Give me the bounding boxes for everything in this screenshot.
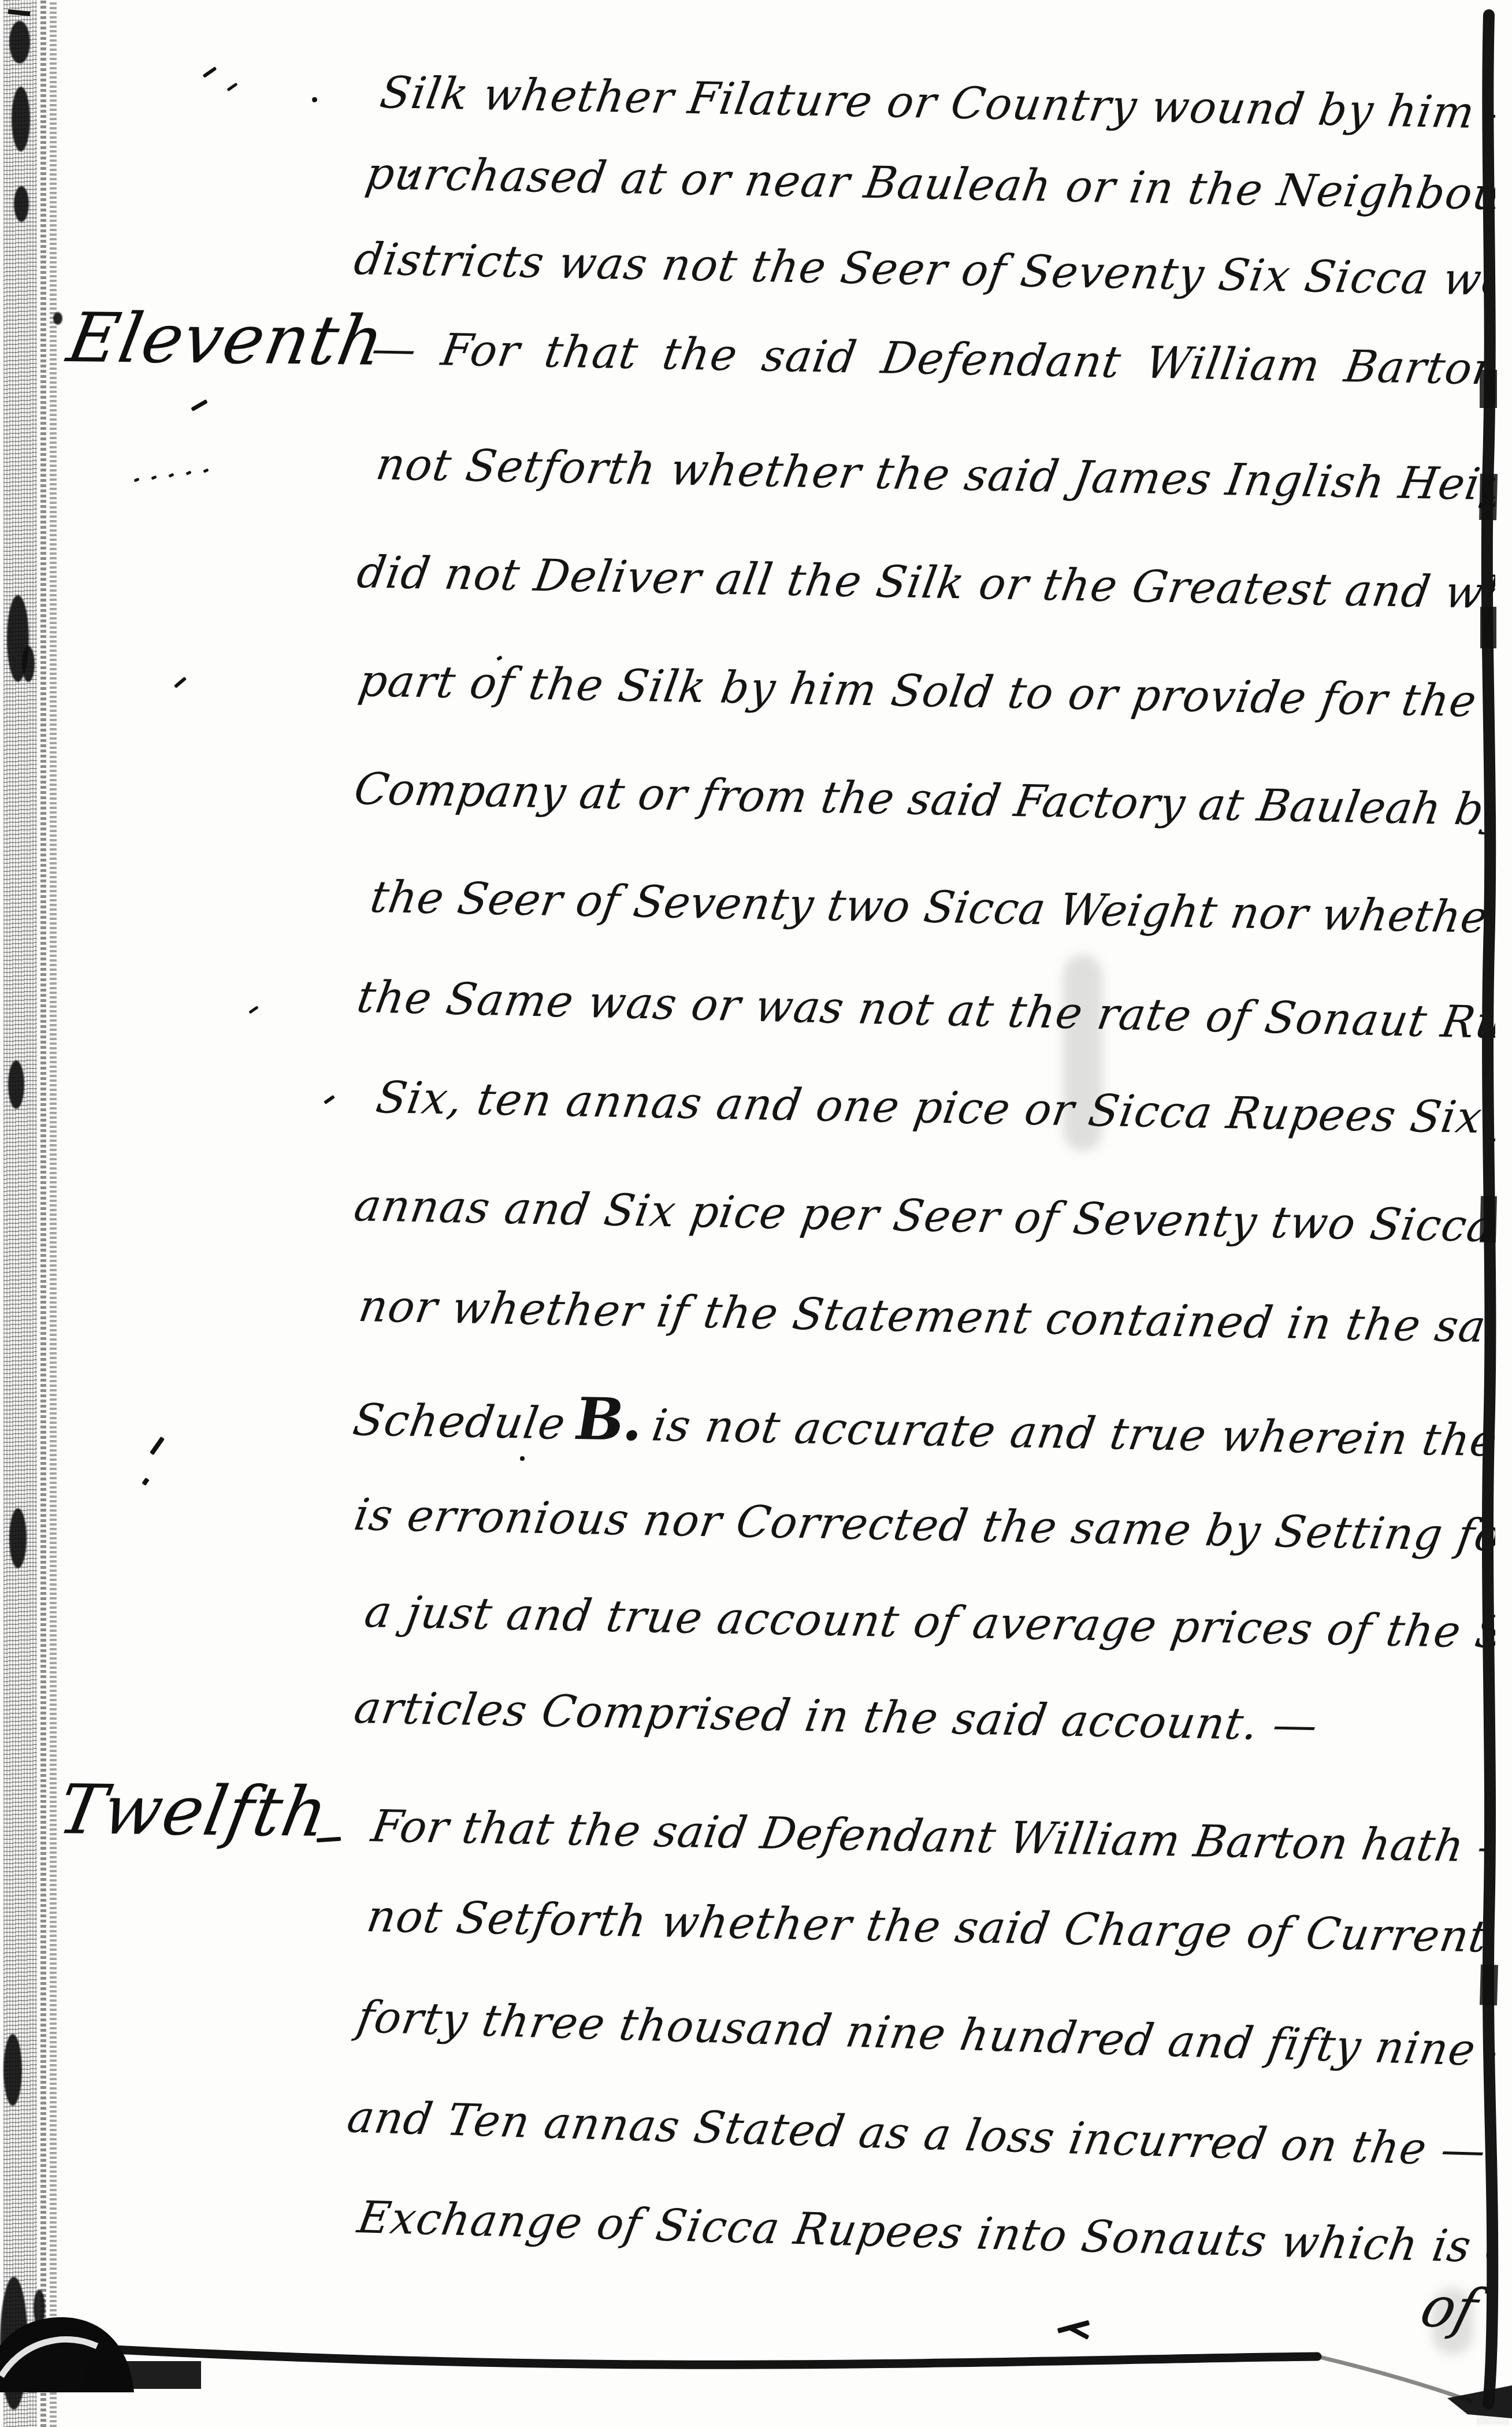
ink-speck	[520, 1456, 525, 1461]
ink-speck	[203, 468, 209, 473]
ink-speck	[248, 1005, 259, 1014]
manuscript-line-20: forty three thousand nine hundred and fi…	[354, 1991, 1512, 2077]
manuscript-line-05: not Setforth whether the said James Ingl…	[373, 438, 1512, 511]
manuscript-line-01: Silk whether Filature or Country wound b…	[377, 66, 1512, 139]
manuscript-line-16: a just and true account of average price…	[361, 1586, 1512, 1660]
ink-speck	[185, 470, 191, 475]
manuscript-line-10: the Same was or was not at the rate of S…	[354, 971, 1512, 1049]
ink-speck	[142, 1478, 149, 1486]
manuscript-line-19: not Setforth whether the said Charge of …	[363, 1890, 1512, 1964]
ink-speck	[226, 83, 237, 92]
manuscript-line-12: annas and Six pice per Seer of Seventy t…	[351, 1179, 1512, 1253]
schedule-rest: is not accurate and true wherein the sam	[649, 1400, 1512, 1468]
ink-speck	[168, 473, 174, 477]
manuscript-line-15: is erronious nor Corrected the same by S…	[351, 1489, 1512, 1563]
margin-heading-twelfth: Twelfth	[53, 1769, 335, 1852]
edge-corner-flare	[1447, 2385, 1512, 2418]
ink-blot	[9, 21, 30, 64]
manuscript-line-07: part of the Silk by him Sold to or provi…	[355, 655, 1481, 727]
ink-speck	[150, 1437, 165, 1455]
ink-blot	[22, 646, 35, 682]
manuscript-page: Eleventh Twelfth Silk whether Filature o…	[0, 0, 1512, 2427]
ink-blot	[9, 1508, 27, 1568]
ink-speck	[151, 475, 157, 480]
page-edge-knot	[1488, 1965, 1489, 2005]
manuscript-line-11: Six, ten annas and one pice or Sicca Rup…	[373, 1071, 1512, 1144]
ink-blot	[12, 87, 30, 151]
manuscript-line-18: For that the said Defendant William Bart…	[368, 1800, 1512, 1873]
manuscript-line-21: and Ten annas Stated as a loss incurred …	[344, 2091, 1491, 2176]
ink-blot	[14, 186, 29, 222]
ink-blot	[53, 312, 62, 325]
margin-heading-eleventh: Eleventh	[62, 298, 391, 381]
ink-speck	[191, 399, 207, 411]
manuscript-line-17: articles Comprised in the said account. …	[351, 1682, 1322, 1751]
binding-edge-line	[40, 0, 46, 2427]
binding-edge-line	[50, 0, 57, 2427]
ink-blot	[8, 1060, 24, 1109]
ink-speck	[133, 477, 139, 482]
ink-blot	[34, 2289, 45, 2326]
manuscript-line-06: did not Deliver all the Silk or the Grea…	[354, 546, 1512, 619]
catchword: of	[1414, 2274, 1485, 2342]
manuscript-line-13: nor whether if the Statement contained i…	[355, 1280, 1512, 1353]
bottom-edge-line-faint	[1317, 2357, 1472, 2402]
ink-blot	[0, 2277, 28, 2410]
manuscript-line-08: Company at or from the said Factory at B…	[351, 763, 1512, 836]
manuscript-line-03: districts was not the Seer of Seventy Si…	[351, 233, 1512, 307]
schedule-letter-b: B.	[570, 1385, 650, 1454]
manuscript-line-02: purchased at or near Bauleah or in the N…	[362, 147, 1512, 221]
manuscript-line-09: the Seer of Seventy two Sicca Weight nor…	[367, 871, 1512, 944]
manuscript-line-04: — For that the said Defendant William Ba…	[368, 322, 1512, 397]
manuscript-line-22: Exchange of Sicca Rupees into Sonauts wh…	[354, 2191, 1512, 2273]
ink-speck	[324, 1095, 335, 1104]
ink-blot	[3, 2034, 22, 2106]
schedule-word: Schedule	[350, 1394, 570, 1449]
ink-speck	[312, 97, 317, 102]
ink-speck	[174, 677, 187, 688]
corner-dark-patch	[86, 2361, 201, 2389]
corner-shadow	[1477, 2397, 1509, 2425]
bottom-edge-line	[22, 2345, 1317, 2365]
ink-speck	[203, 66, 217, 78]
